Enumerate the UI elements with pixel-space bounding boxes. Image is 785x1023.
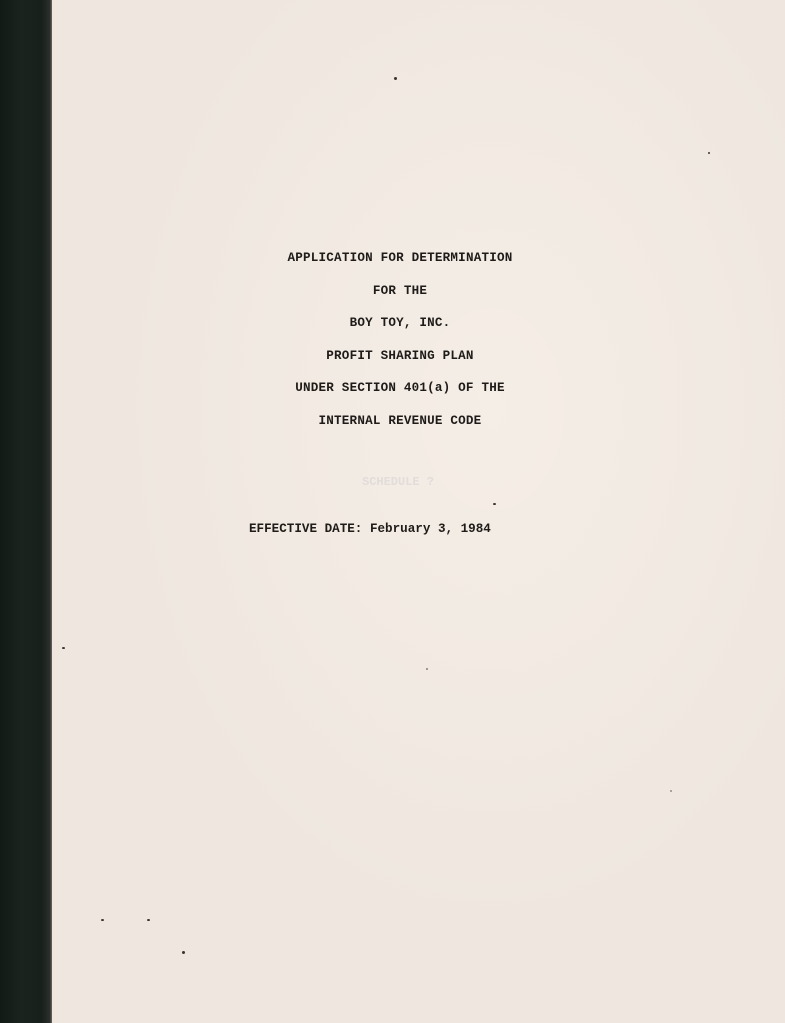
paper-speck [182,951,185,954]
effective-date: EFFECTIVE DATE: February 3, 1984 [249,522,491,536]
paper-speck [670,790,672,792]
paper-speck [493,503,496,505]
title-line-code: INTERNAL REVENUE CODE [0,411,785,444]
paper-speck [394,77,397,80]
effective-date-label: EFFECTIVE DATE: [249,522,362,536]
title-line-application: APPLICATION FOR DETERMINATION [0,248,785,281]
title-line-section: UNDER SECTION 401(a) OF THE [0,378,785,411]
paper-speck [426,668,428,670]
faint-bleed-through-text: SCHEDULE ? [362,475,434,489]
title-line-for-the: FOR THE [0,281,785,314]
document-title-block: APPLICATION FOR DETERMINATION FOR THE BO… [0,248,785,443]
paper-speck [708,152,710,154]
document-page [52,0,785,1023]
binder-spine [0,0,52,1023]
title-line-company: BOY TOY, INC. [0,313,785,346]
paper-speck [62,647,65,649]
paper-speck [147,919,150,921]
paper-speck [101,919,104,921]
title-line-plan: PROFIT SHARING PLAN [0,346,785,379]
effective-date-value: February 3, 1984 [370,522,491,536]
